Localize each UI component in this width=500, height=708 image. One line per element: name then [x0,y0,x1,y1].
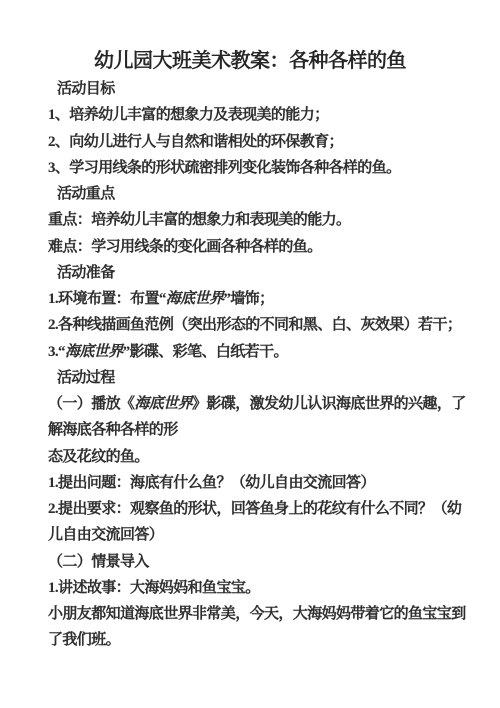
text-segment: 》影碟，激发幼儿认识海底世界的兴趣，了 [192,396,466,412]
paragraph-line: 解海底各种各样的形 [48,417,470,443]
list-item: 2.各种线描画鱼范例（突出形态的不同和黑、白、灰效果）若干； [48,312,470,338]
text-segment-italic: 海底世界 [65,344,123,360]
text-segment: 1.环境布置：布置“ [48,291,166,307]
subsection-heading-scene-intro: （二）情景导入 [48,549,470,575]
list-item: 1.环境布置：布置“海底世界”墙饰； [48,286,470,312]
page-title: 幼儿园大班美术教案：各种各样的鱼 [0,44,500,73]
paragraph-line: （一）播放《海底世界》影碟，激发幼儿认识海底世界的兴趣，了 [48,391,470,417]
list-item: 3.“海底世界”影碟、彩笔、白纸若干。 [48,339,470,365]
list-item: 重点：培养幼儿丰富的想象力和表现美的能力。 [48,207,470,233]
text-segment: ”墙饰； [223,291,273,307]
document-page: 幼儿园大班美术教案：各种各样的鱼 活动目标 1、培养幼儿丰富的想象力及表现美的能… [0,0,500,708]
list-item: 2.提出要求：观察鱼的形状，回答鱼身上的花纹有什么不同？（幼 [48,496,470,522]
list-item: 2、向幼儿进行人与自然和谐相处的环保教育； [48,129,470,155]
document-body: 活动目标 1、培养幼儿丰富的想象力及表现美的能力； 2、向幼儿进行人与自然和谐相… [48,76,470,654]
list-item: 难点：学习用线条的变化画各种各样的鱼。 [48,234,470,260]
list-item: 3、学习用线条的形状疏密排列变化装饰各种各样的鱼。 [48,155,470,181]
paragraph-line: 小朋友都知道海底世界非常美，今天，大海妈妈带着它的鱼宝宝到 [48,601,470,627]
text-segment: ”影碟、彩笔、白纸若干。 [123,344,288,360]
text-segment: 3.“ [48,344,65,360]
paragraph-line: 儿自由交流回答） [48,522,470,548]
list-item: 1、培养幼儿丰富的想象力及表现美的能力； [48,102,470,128]
text-segment-italic: 海底世界 [166,291,224,307]
section-heading-activity-focus: 活动重点 [48,181,470,207]
text-segment-italic: 海底世界 [134,396,192,412]
list-item: 1.提出问题：海底有什么鱼？（幼儿自由交流回答） [48,470,470,496]
section-heading-activity-preparation: 活动准备 [48,260,470,286]
section-heading-activity-process: 活动过程 [48,365,470,391]
text-segment: （一）播放《 [48,396,134,412]
paragraph-line: 了我们班。 [48,627,470,653]
paragraph-line: 态及花纹的鱼。 [48,444,470,470]
list-item: 1.讲述故事：大海妈妈和鱼宝宝。 [48,575,470,601]
section-heading-activity-goals: 活动目标 [48,76,470,102]
